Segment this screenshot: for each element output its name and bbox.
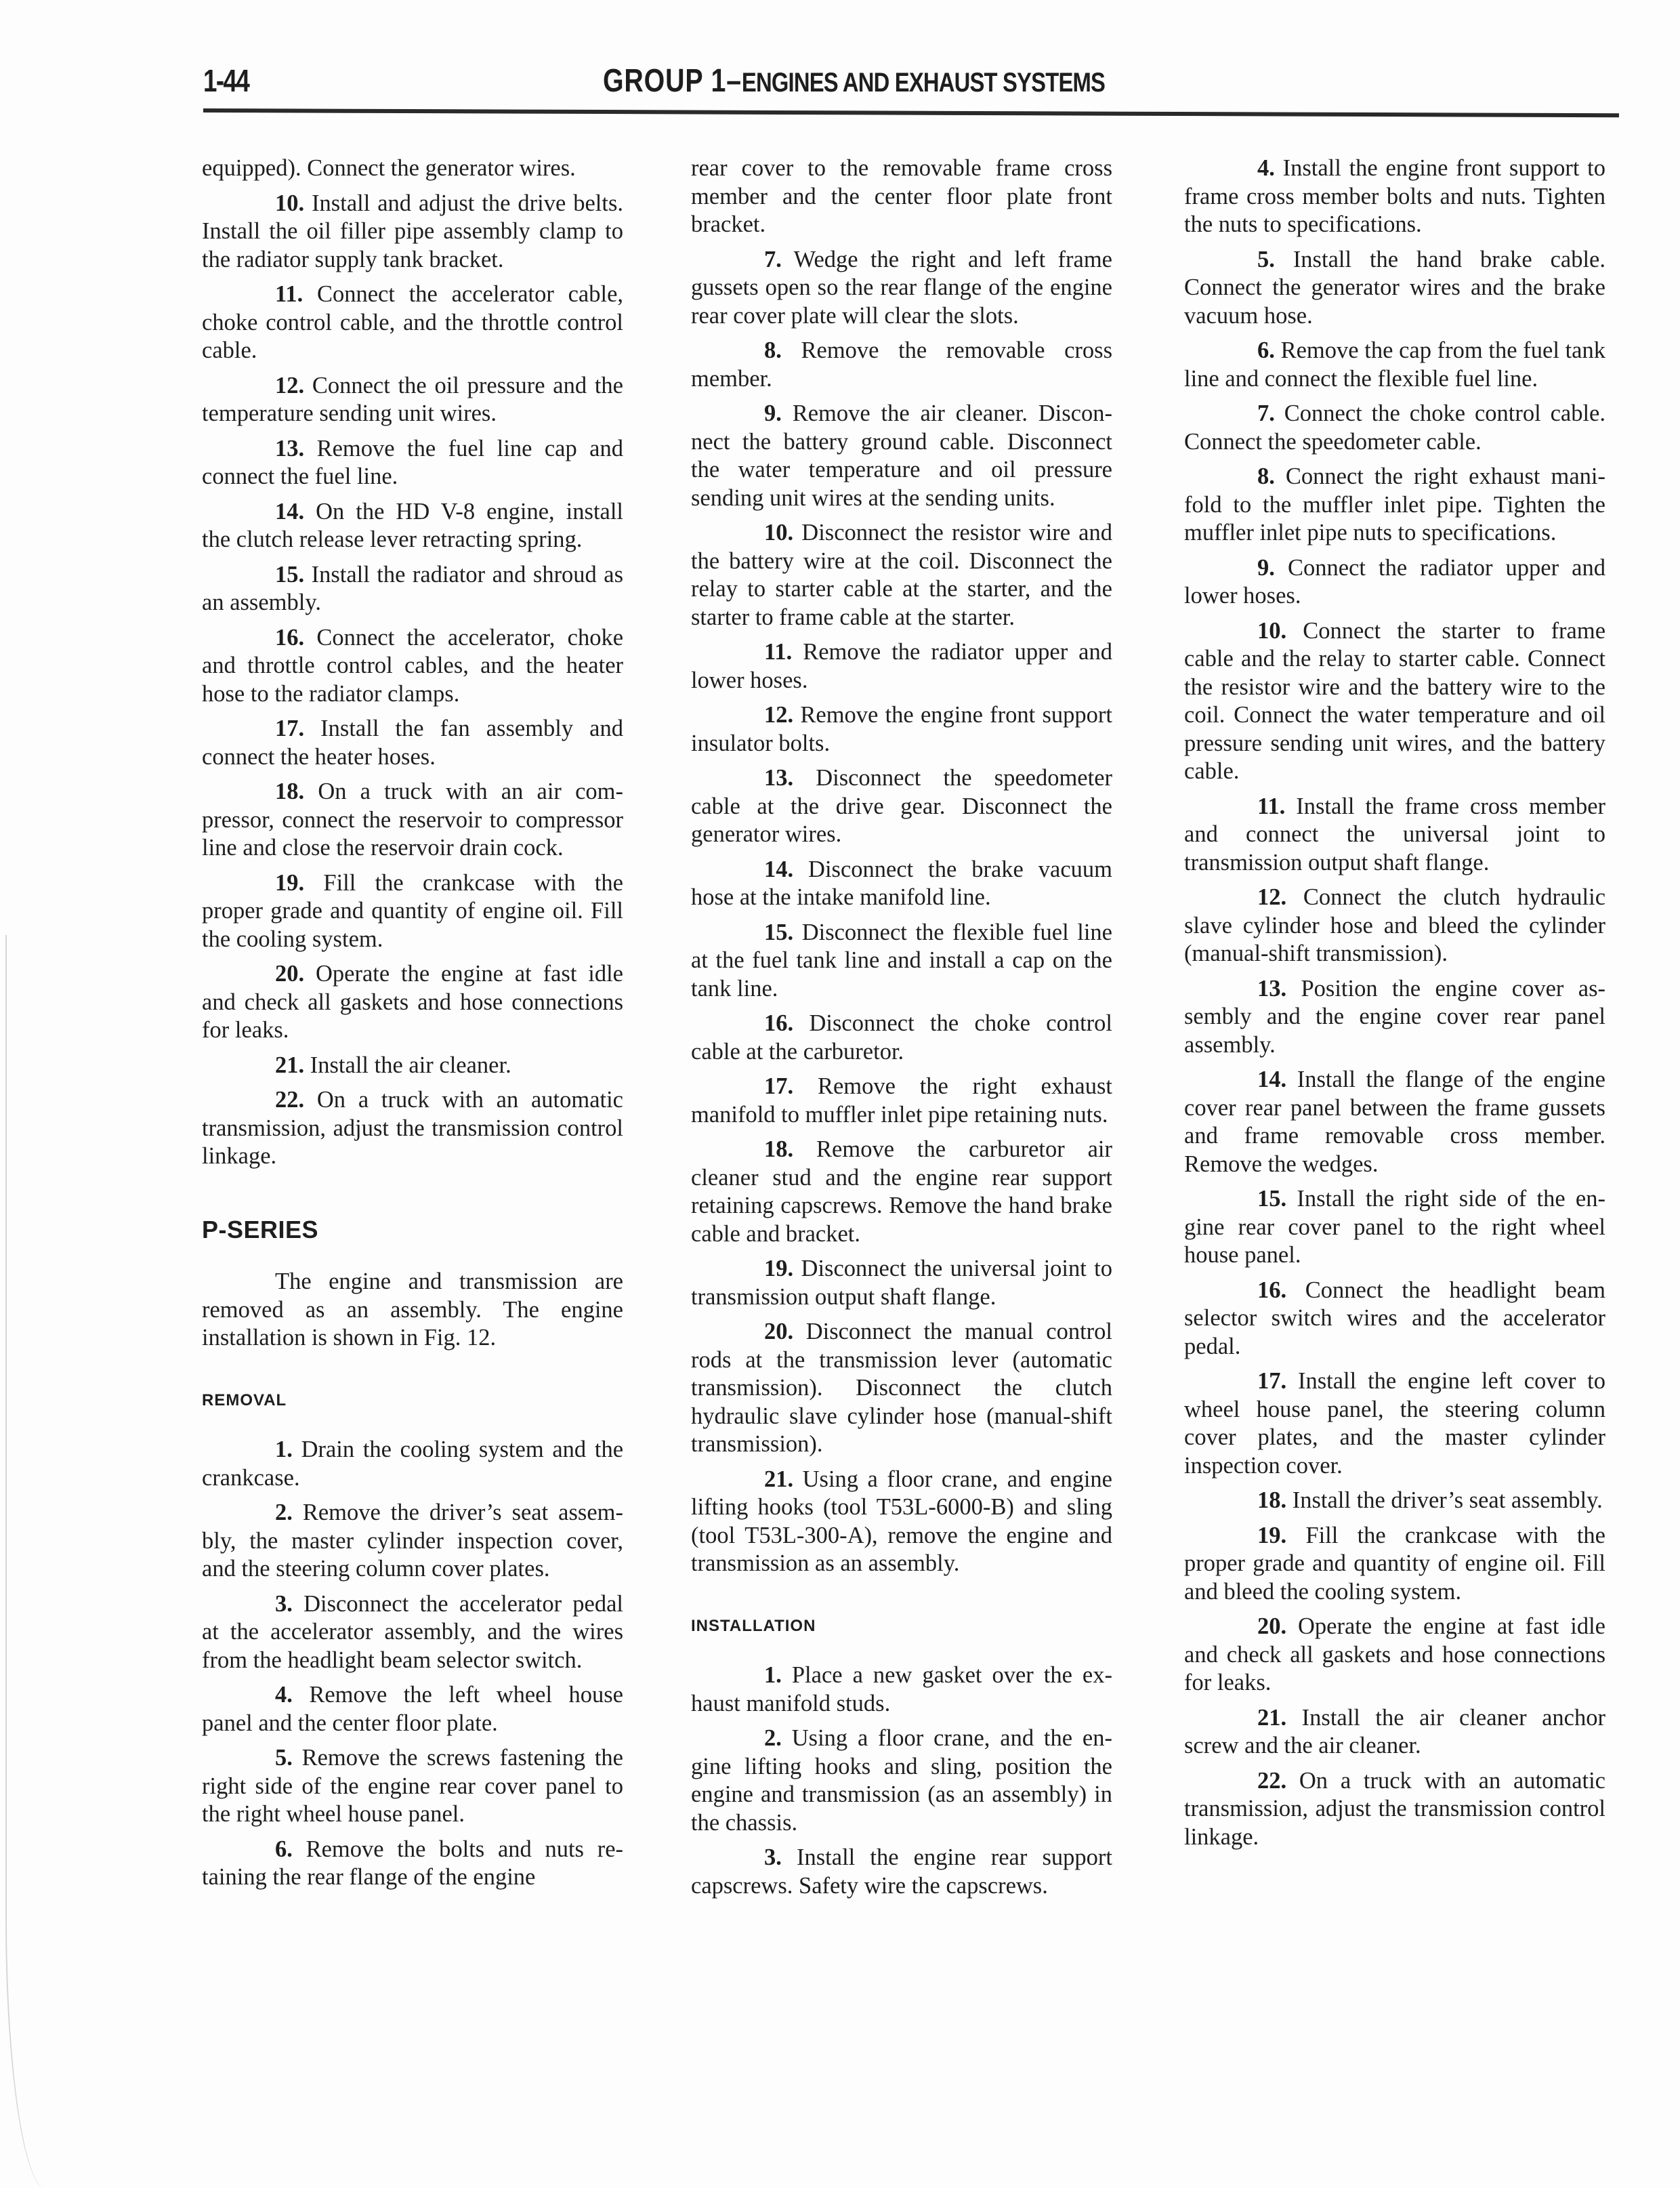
step-item: 15. Install the right side of the en­gin… [1184,1185,1605,1270]
step-item: 1. Drain the cooling system and the cran… [202,1436,623,1492]
step-number: 17. [764,1073,793,1099]
step-number: 14. [764,856,793,882]
step-number: 18. [1257,1487,1286,1513]
step-text: Wedge the right and left frame gussets o… [691,247,1112,329]
step-number: 14. [1257,1067,1286,1092]
step-item: 21. Install the air cleaner. [202,1052,623,1080]
step-text: Install the driver’s seat assem­bly. [1293,1487,1603,1513]
step-number: 6. [275,1836,293,1862]
step-item: 7. Connect the choke control cable. Conn… [1184,400,1605,456]
step-number: 17. [275,716,304,741]
step-item: 11. Remove the radiator upper and lower … [691,638,1112,695]
step-item: 6. Remove the bolts and nuts re­taining … [202,1836,623,1892]
step-text: Install the engine rear support capscrew… [691,1844,1112,1899]
step-text: Remove the removable cross member. [691,337,1112,392]
step-item: 2. Using a floor crane, and the en­gine … [691,1725,1112,1837]
step-number: 22. [275,1087,304,1113]
step-text: Connect the clutch hydraulic slave cylin… [1184,884,1605,966]
step-item: 21. Using a floor crane, and engine lift… [691,1466,1112,1578]
step-item: 18. Remove the carburetor air cleaner st… [691,1136,1112,1248]
step-item: 13. Position the engine cover as­sembly … [1184,975,1605,1060]
step-number: 16. [275,625,304,651]
continued-paragraph: equipped). Connect the generator wires. [202,154,623,183]
step-number: 20. [764,1319,793,1344]
step-text: Install the flange of the engine cover r… [1184,1067,1605,1177]
step-item: 5. Install the hand brake cable. Connect… [1184,246,1605,331]
step-text: Connect the accelerator, choke and throt… [202,625,623,707]
step-text: Remove the engine front sup­port insulat… [691,702,1112,756]
step-item: 10. Connect the starter to frame cable a… [1184,617,1605,786]
step-number: 13. [1257,976,1286,1002]
installation-step-list: 1. Place a new gasket over the ex­haust … [691,1661,1112,1900]
step-list: 10. Install and adjust the drive belts. … [202,190,623,1171]
step-text: Remove the fuel line cap and connect the… [202,436,623,490]
step-number: 6. [1257,337,1275,363]
step-text: Connect the choke control cable. Connect… [1184,400,1605,455]
step-item: 7. Wedge the right and left frame gusset… [691,246,1112,331]
step-text: Remove the screws fastening the right si… [202,1745,623,1827]
section-intro: The engine and transmission are removed … [202,1268,623,1353]
subheading-removal: REMOVAL [202,1386,623,1415]
step-item: 20. Disconnect the manual control rods a… [691,1318,1112,1459]
step-item: 5. Remove the screws fastening the right… [202,1744,623,1829]
step-text: Install the fan assembly and connect the… [202,716,623,770]
step-text: On a truck with an automatic transmissio… [1184,1768,1605,1850]
step-number: 10. [275,190,304,216]
step-item: 14. Install the flange of the engine cov… [1184,1066,1605,1178]
step-item: 8. Remove the removable cross member. [691,337,1112,393]
step-item: 13. Disconnect the speedometer cable at … [691,764,1112,849]
step-number: 2. [764,1725,782,1751]
column-2: rear cover to the removable frame cross … [691,154,1112,1907]
step-item: 9. Connect the radiator upper and lower … [1184,554,1605,611]
step-text: Disconnect the resistor wire and the bat… [691,520,1112,630]
group-subtitle: ENGINES AND EXHAUST SYSTEMS [742,68,1105,98]
step-number: 18. [275,779,304,804]
step-number: 1. [764,1662,782,1688]
installation-step-list: 4. Install the engine front support to f… [1184,154,1605,1851]
step-number: 8. [1257,463,1275,489]
step-text: Install the engine front support to fram… [1184,155,1605,237]
step-number: 19. [275,870,304,896]
step-number: 15. [275,562,304,587]
group-dash: – [726,63,742,99]
step-item: 15. Disconnect the flexible fuel line at… [691,919,1112,1004]
step-item: 11. Install the frame cross mem­ber and … [1184,793,1605,878]
step-number: 5. [1257,247,1275,272]
subheading-installation: INSTALLATION [691,1612,1112,1640]
step-number: 14. [275,499,304,524]
step-text: Using a floor crane, and the en­gine lif… [691,1725,1112,1836]
header-rule [203,108,1619,117]
step-text: Remove the cap from the fuel tank line a… [1184,337,1605,392]
step-number: 11. [764,639,792,665]
step-number: 21. [764,1466,793,1492]
step-text: Remove the air cleaner. Discon­nect the … [691,400,1112,511]
step-item: 6. Remove the cap from the fuel tank lin… [1184,337,1605,393]
step-number: 16. [1257,1277,1286,1303]
step-number: 4. [275,1682,293,1708]
step-item: 1. Place a new gasket over the ex­haust … [691,1661,1112,1718]
step-number: 5. [275,1745,293,1771]
step-text: Remove the right exhaust manifold to muf… [691,1073,1112,1128]
step-item: 2. Remove the driver’s seat assem­bly, t… [202,1499,623,1584]
step-text: Fill the crankcase with the proper grade… [1184,1523,1605,1605]
group-title: GROUP 1–ENGINES AND EXHAUST SYSTEMS [603,62,1105,100]
step-number: 18. [764,1136,793,1162]
step-item: 12. Connect the clutch hydraulic slave c… [1184,884,1605,968]
page-header: 1-44 GROUP 1–ENGINES AND EXHAUST SYSTEMS [203,62,1626,103]
step-item: 22. On a truck with an automatic transmi… [202,1086,623,1171]
step-number: 11. [1257,793,1285,819]
step-number: 13. [764,765,793,791]
step-text: Connect the oil pressure and the tempera… [202,373,623,427]
step-text: Install the engine left cover to wheel h… [1184,1368,1605,1479]
step-number: 12. [1257,884,1286,910]
step-number: 7. [764,247,782,272]
step-text: Disconnect the choke control cable at th… [691,1010,1112,1065]
step-number: 22. [1257,1768,1286,1794]
step-text: Connect the starter to frame cable and t… [1184,618,1605,785]
step-item: 12. Remove the engine front sup­port ins… [691,701,1112,758]
step-number: 20. [275,961,304,987]
step-item: 18. On a truck with an air com­pressor, … [202,778,623,863]
step-number: 1. [275,1437,293,1462]
step-text: Disconnect the universal joint to transm… [691,1256,1112,1310]
manual-page: 1-44 GROUP 1–ENGINES AND EXHAUST SYSTEMS… [0,0,1680,2188]
step-number: 11. [275,281,303,307]
step-text: Drain the cooling system and the crankca… [202,1437,623,1491]
step-number: 10. [764,520,793,545]
step-item: 4. Remove the left wheel house panel and… [202,1681,623,1737]
step-text: On a truck with an air com­pressor, conn… [202,779,623,861]
step-item: 17. Remove the right exhaust manifold to… [691,1073,1112,1129]
step-item: 18. Install the driver’s seat assem­bly. [1184,1487,1605,1515]
step-item: 4. Install the engine front support to f… [1184,154,1605,239]
step-text: Using a floor crane, and engine lifting … [691,1466,1112,1577]
step-text: Connect the headlight beam selector swit… [1184,1277,1605,1359]
step-text: Remove the bolts and nuts re­taining the… [202,1836,623,1891]
step-number: 9. [764,400,782,426]
step-text: On the HD V-8 engine, in­stall the clutc… [202,499,623,553]
step-number: 10. [1257,618,1286,644]
step-item: 12. Connect the oil pressure and the tem… [202,372,623,428]
step-text: Remove the driver’s seat assem­bly, the … [202,1500,623,1582]
step-item: 20. Operate the engine at fast idle and … [202,960,623,1045]
step-number: 19. [1257,1523,1286,1548]
step-text: Fill the crankcase with the proper grade… [202,870,623,952]
step-item: 22. On a truck with an automatic transmi… [1184,1767,1605,1852]
step-number: 15. [764,920,793,945]
step-number: 8. [764,337,782,363]
step-item: 13. Remove the fuel line cap and connect… [202,435,623,491]
step-text: Remove the radiator upper and lower hose… [691,639,1112,693]
step-text: Operate the engine at fast idle and chec… [1184,1613,1605,1695]
step-number: 2. [275,1500,293,1525]
step-text: Operate the engine at fast idle and chec… [202,961,623,1043]
step-item: 19. Fill the crankcase with the proper g… [1184,1522,1605,1607]
section-heading-p-series: P-SERIES [202,1216,623,1244]
step-item: 11. Connect the accelerator cable, choke… [202,281,623,365]
step-number: 3. [764,1844,782,1870]
step-text: Install the right side of the en­gine re… [1184,1186,1605,1268]
step-text: Connect the right exhaust mani­fold to t… [1184,463,1605,545]
group-label: GROUP 1 [603,63,726,99]
step-number: 17. [1257,1368,1286,1394]
step-item: 8. Connect the right exhaust mani­fold t… [1184,463,1605,548]
step-item: 21. Install the air cleaner anchor screw… [1184,1704,1605,1760]
step-text: Remove the left wheel house panel and th… [202,1682,623,1736]
step-text: Position the engine cover as­sembly and … [1184,976,1605,1058]
step-number: 19. [764,1256,793,1281]
step-text: Connect the radiator upper and lower hos… [1184,555,1605,609]
step-number: 9. [1257,555,1275,581]
step-item: 3. Install the engine rear support capsc… [691,1844,1112,1900]
step-text: Disconnect the accelerator pedal at the … [202,1591,623,1673]
step-number: 3. [275,1591,293,1617]
step-text: Install the frame cross mem­ber and conn… [1184,793,1605,875]
step-item: 14. Disconnect the brake vacuum hose at … [691,856,1112,912]
step-item: 3. Disconnect the accelerator pedal at t… [202,1590,623,1675]
step-number: 15. [1257,1186,1286,1212]
removal-step-list: 7. Wedge the right and left frame gusset… [691,246,1112,1578]
step-text: Install the radiator and shroud as an as… [202,562,623,616]
step-number: 12. [275,373,304,398]
step-item: 9. Remove the air cleaner. Discon­nect t… [691,400,1112,512]
step-item: 10. Disconnect the resistor wire and the… [691,519,1112,632]
step-text: Disconnect the brake vacuum hose at the … [691,856,1112,911]
step-text: Install the air cleaner anchor screw and… [1184,1705,1605,1759]
step-text: On a truck with an automatic transmissio… [202,1087,623,1169]
step-number: 4. [1257,155,1275,181]
step-text: Connect the accelerator cable, choke con… [202,281,623,363]
step-text: Place a new gasket over the ex­haust man… [691,1662,1112,1716]
step-item: 16. Disconnect the choke control cable a… [691,1010,1112,1066]
step-text: Disconnect the flexible fuel line at the… [691,920,1112,1002]
step-item: 16. Connect the headlight beam selector … [1184,1277,1605,1361]
step-number: 13. [275,436,304,461]
step-item: 17. Install the engine left cover to whe… [1184,1367,1605,1480]
step-number: 7. [1257,400,1275,426]
column-3: 4. Install the engine front support to f… [1184,154,1605,1858]
step-text: Disconnect the manual control rods at th… [691,1319,1112,1457]
step-item: 19. Fill the crankcase with the proper g… [202,869,623,954]
step-item: 16. Connect the accelerator, choke and t… [202,624,623,709]
step-number: 12. [764,702,793,728]
step-text: Disconnect the speedometer cable at the … [691,765,1112,847]
step-number: 21. [275,1052,304,1078]
step-item: 17. Install the fan assembly and connect… [202,715,623,771]
step-item: 15. Install the radiator and shroud as a… [202,561,623,617]
step-item: 19. Disconnect the universal joint to tr… [691,1255,1112,1311]
step-text: Install the air cleaner. [310,1052,511,1078]
step-item: 10. Install and adjust the drive belts. … [202,190,623,274]
step-number: 21. [1257,1705,1286,1731]
step-item: 14. On the HD V-8 engine, in­stall the c… [202,498,623,554]
step-item: 20. Operate the engine at fast idle and … [1184,1613,1605,1697]
step-text: Install the hand brake cable. Connect th… [1184,247,1605,329]
removal-step-list: 1. Drain the cooling system and the cran… [202,1436,623,1892]
page-edge-shadow [5,935,47,2188]
step-number: 20. [1257,1613,1286,1639]
page-number: 1-44 [203,62,249,99]
step-text: Install and adjust the drive belts. Inst… [202,190,623,272]
step-text: Remove the carburetor air cleaner stud a… [691,1136,1112,1247]
column-1: equipped). Connect the generator wires. … [202,154,623,1899]
step-number: 16. [764,1010,793,1036]
continued-paragraph: rear cover to the removable frame cross … [691,154,1112,239]
